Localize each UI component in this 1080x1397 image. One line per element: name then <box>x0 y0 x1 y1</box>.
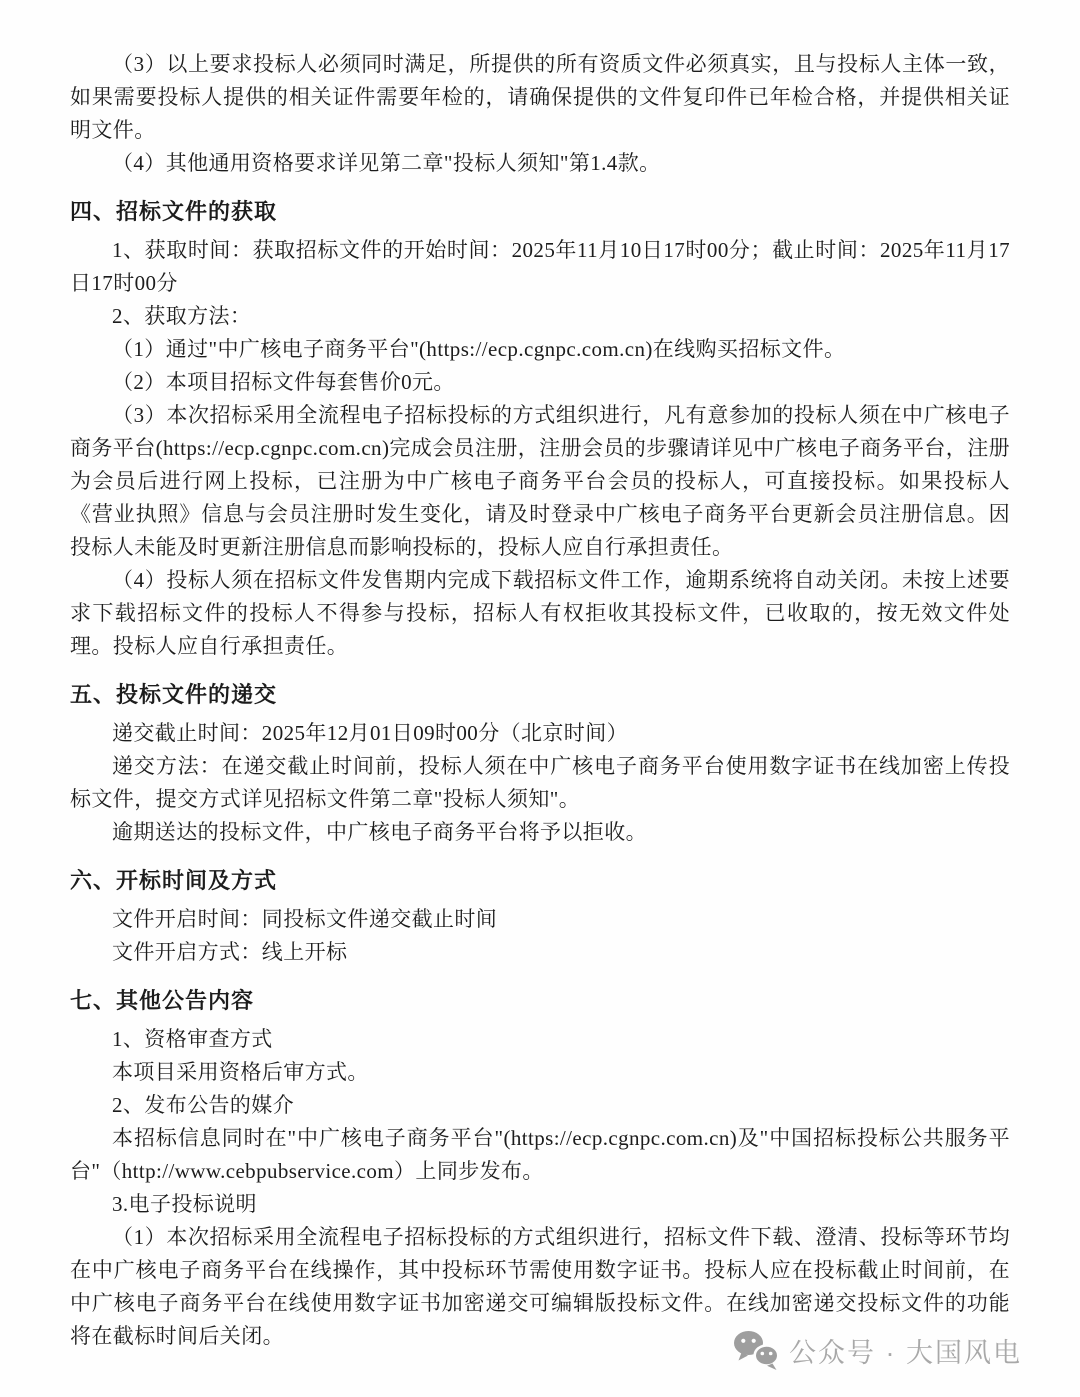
section-heading: 四、招标文件的获取 <box>70 195 1010 229</box>
paragraph: 文件开启时间：同投标文件递交截止时间 <box>70 903 1010 936</box>
document-section: （3）以上要求投标人必须同时满足，所提供的所有资质文件必须真实，且与投标人主体一… <box>70 48 1010 180</box>
section-heading: 七、其他公告内容 <box>70 984 1010 1018</box>
paragraph: （4）其他通用资格要求详见第二章"投标人须知"第1.4款。 <box>70 147 1010 180</box>
paragraph: 3.电子投标说明 <box>70 1188 1010 1221</box>
watermark: 公众号 · 大国风电 <box>733 1330 1022 1371</box>
paragraph: 递交截止时间：2025年12月01日09时00分（北京时间） <box>70 717 1010 750</box>
section-heading: 六、开标时间及方式 <box>70 864 1010 898</box>
paragraph: （1）通过"中广核电子商务平台"(https://ecp.cgnpc.com.c… <box>70 333 1010 366</box>
paragraph: 2、获取方法： <box>70 300 1010 333</box>
paragraph: 本招标信息同时在"中广核电子商务平台"(https://ecp.cgnpc.co… <box>70 1122 1010 1188</box>
paragraph: （2）本项目招标文件每套售价0元。 <box>70 366 1010 399</box>
paragraph: 文件开启方式：线上开标 <box>70 936 1010 969</box>
paragraph: （3）以上要求投标人必须同时满足，所提供的所有资质文件必须真实，且与投标人主体一… <box>70 48 1010 147</box>
paragraph: 2、发布公告的媒介 <box>70 1089 1010 1122</box>
document-section: 五、投标文件的递交递交截止时间：2025年12月01日09时00分（北京时间）递… <box>70 678 1010 849</box>
paragraph: 1、获取时间：获取招标文件的开始时间：2025年11月10日17时00分；截止时… <box>70 234 1010 300</box>
paragraph: 1、资格审查方式 <box>70 1023 1010 1056</box>
paragraph: 逾期送达的投标文件，中广核电子商务平台将予以拒收。 <box>70 816 1010 849</box>
wechat-icon <box>733 1330 780 1371</box>
paragraph: （4）投标人须在招标文件发售期内完成下载招标文件工作，逾期系统将自动关闭。未按上… <box>70 564 1010 663</box>
watermark-label: 公众号 · 大国风电 <box>789 1331 1022 1370</box>
document-section: 七、其他公告内容1、资格审查方式本项目采用资格后审方式。2、发布公告的媒介本招标… <box>70 984 1010 1353</box>
paragraph: 本项目采用资格后审方式。 <box>70 1056 1010 1089</box>
document-content: （3）以上要求投标人必须同时满足，所提供的所有资质文件必须真实，且与投标人主体一… <box>70 48 1010 1353</box>
document-page: （3）以上要求投标人必须同时满足，所提供的所有资质文件必须真实，且与投标人主体一… <box>0 0 1080 1397</box>
paragraph: （3）本次招标采用全流程电子招标投标的方式组织进行，凡有意参加的投标人须在中广核… <box>70 399 1010 564</box>
paragraph: 递交方法：在递交截止时间前，投标人须在中广核电子商务平台使用数字证书在线加密上传… <box>70 750 1010 816</box>
document-section: 六、开标时间及方式文件开启时间：同投标文件递交截止时间文件开启方式：线上开标 <box>70 864 1010 969</box>
section-heading: 五、投标文件的递交 <box>70 678 1010 712</box>
document-section: 四、招标文件的获取1、获取时间：获取招标文件的开始时间：2025年11月10日1… <box>70 195 1010 663</box>
